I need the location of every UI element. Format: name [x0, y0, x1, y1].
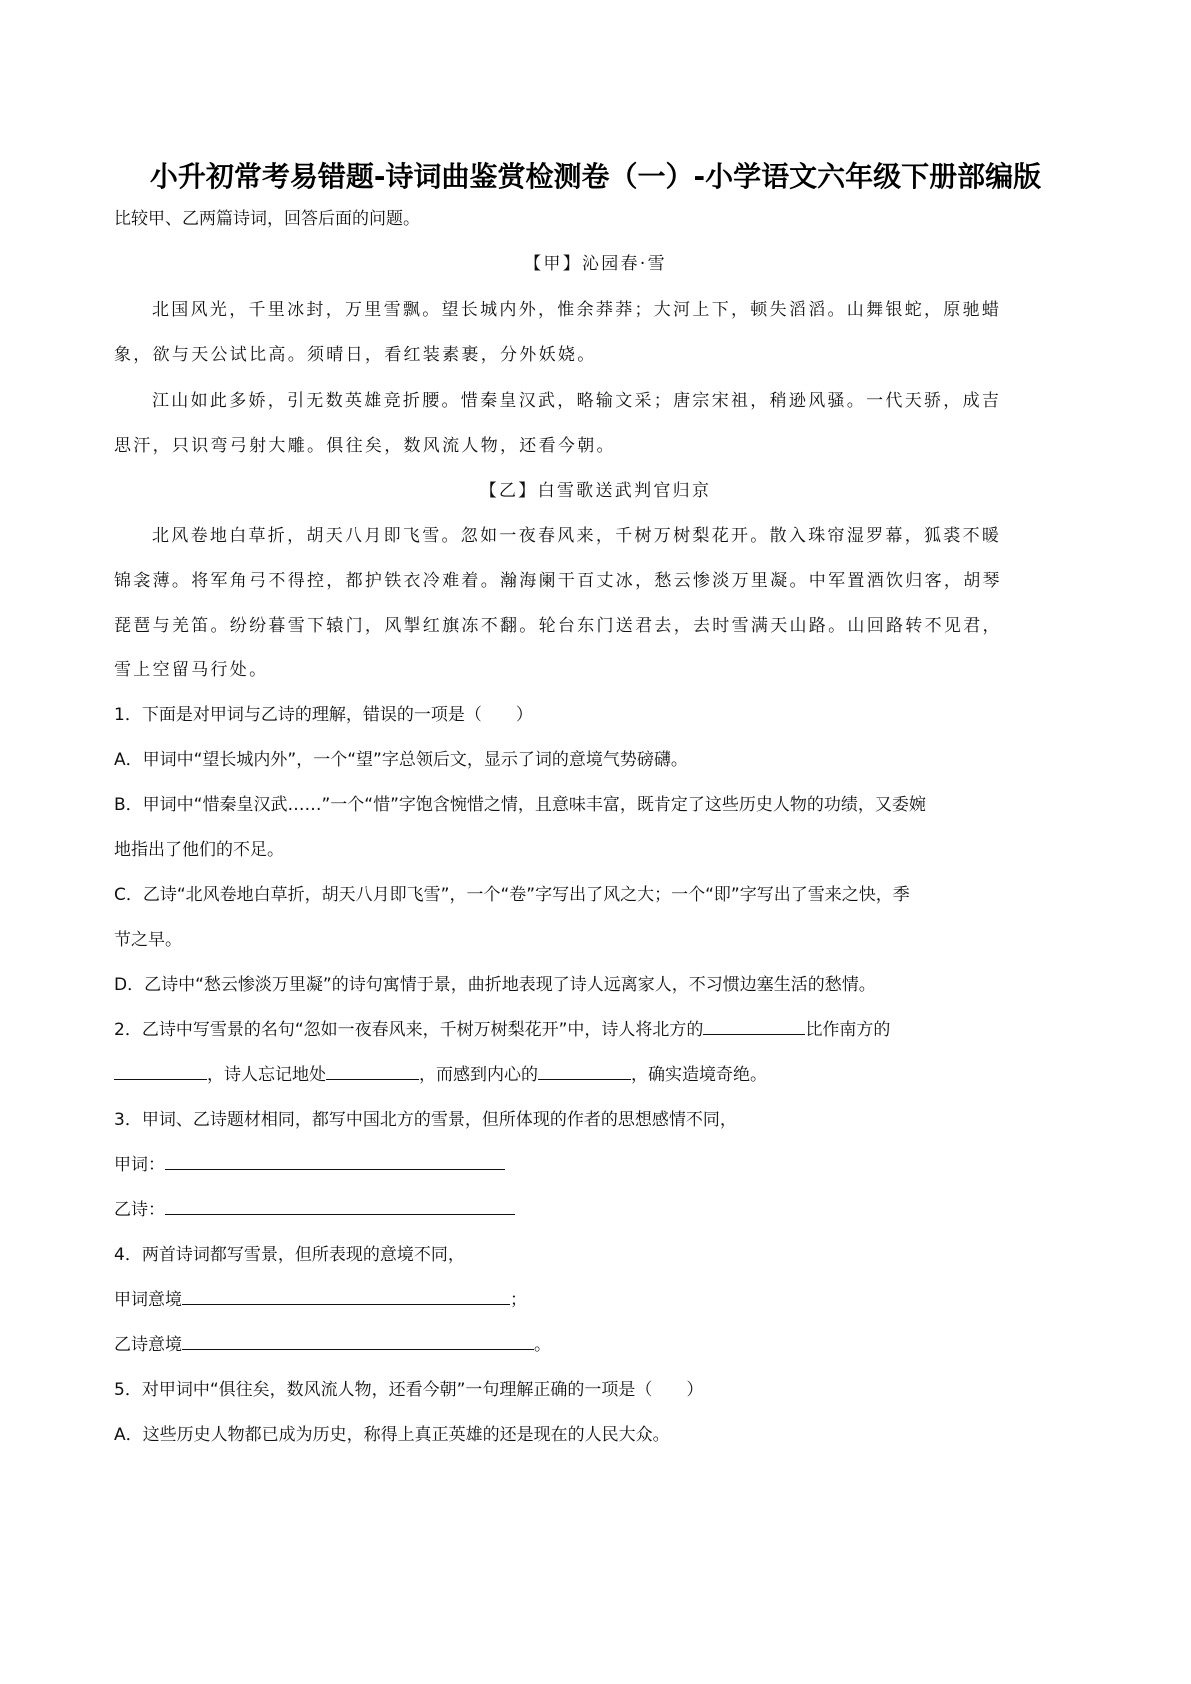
question-1-option-c-cont: 节之早。	[114, 925, 182, 950]
question-2-line2: ，诗人忘记地处，而感到内心的，确实造境奇绝。	[114, 1060, 767, 1085]
answer-label: 乙诗：	[114, 1200, 165, 1220]
question-1-stem: 1．下面是对甲词与乙诗的理解，错误的一项是（ ）	[114, 700, 533, 725]
question-4-answer-b: 乙诗意境。	[114, 1330, 551, 1355]
answer-blank-q4-b[interactable]	[182, 1331, 534, 1350]
intro-text: 比较甲、乙两篇诗词，回答后面的问题。	[114, 204, 420, 229]
question-3-stem: 3．甲词、乙诗题材相同，都写中国北方的雪景，但所体现的作者的思想感情不同，	[114, 1105, 737, 1130]
poem-b-line: 北风卷地白草折，胡天八月即飞雪。忽如一夜春风来，千树万树梨花开。散入珠帘湿罗幕，…	[152, 521, 1001, 546]
poem-a-line: 北国风光，千里冰封，万里雪飘。望长城内外，惟余莽莽；大河上下，顿失滔滔。山舞银蛇…	[152, 295, 1001, 320]
poem-b-line: 琵琶与羌笛。纷纷暮雪下辕门，风掣红旗冻不翻。轮台东门送君去，去时雪满天山路。山回…	[114, 611, 1002, 636]
question-2-text: ，确实造境奇绝。	[631, 1065, 767, 1085]
question-5-option-a: A．这些历史人物都已成为历史，称得上真正英雄的还是现在的人民大众。	[114, 1420, 670, 1445]
poem-b-line: 锦衾薄。将军角弓不得控，都护铁衣冷难着。瀚海阑干百丈冰，愁云惨淡万里凝。中军置酒…	[114, 566, 1002, 591]
answer-blank-4[interactable]	[538, 1061, 631, 1080]
question-1-option-b: B．甲词中“惜秦皇汉武……”一个“惜”字饱含惋惜之情，且意味丰富，既肯定了这些历…	[114, 790, 926, 815]
poem-a-heading: 【甲】沁园春·雪	[0, 249, 1191, 274]
question-3-answer-a: 甲词：	[114, 1150, 505, 1175]
question-1-option-b-cont: 地指出了他们的不足。	[114, 835, 284, 860]
question-2-text: ，而感到内心的	[419, 1065, 538, 1085]
question-1-option-a: A．甲词中“望长城内外”，一个“望”字总领后文，显示了词的意境气势磅礴。	[114, 745, 688, 770]
answer-label: 甲词意境	[114, 1290, 182, 1310]
question-1-option-d: D．乙诗中“愁云惨淡万里凝”的诗句寓情于景，曲折地表现了诗人远离家人，不习惯边塞…	[114, 970, 876, 995]
question-5-stem: 5．对甲词中“俱往矣，数风流人物，还看今朝”一句理解正确的一项是（ ）	[114, 1375, 703, 1400]
poem-b-line: 雪上空留马行处。	[114, 655, 268, 680]
question-2-text: ，诗人忘记地处	[207, 1065, 326, 1085]
page-title: 小升初常考易错题-诗词曲鉴赏检测卷（一）-小学语文六年级下册部编版	[0, 155, 1191, 195]
question-4-answer-a: 甲词意境；	[114, 1285, 527, 1310]
poem-a-line: 思汗，只识弯弓射大雕。俱往矣，数风流人物，还看今朝。	[114, 431, 616, 456]
poem-a-line: 江山如此多娇，引无数英雄竞折腰。惜秦皇汉武，略输文采；唐宗宋祖，稍逊风骚。一代天…	[152, 386, 1001, 411]
punctuation: 。	[534, 1335, 551, 1355]
answer-blank-1[interactable]	[703, 1016, 805, 1035]
poem-a-line: 象，欲与天公试比高。须晴日，看红装素裹，分外妖娆。	[114, 340, 597, 365]
document-page: 小升初常考易错题-诗词曲鉴赏检测卷（一）-小学语文六年级下册部编版 比较甲、乙两…	[0, 0, 1191, 1684]
answer-blank-2[interactable]	[114, 1061, 207, 1080]
question-3-answer-b: 乙诗：	[114, 1195, 515, 1220]
answer-label: 乙诗意境	[114, 1335, 182, 1355]
answer-blank-3[interactable]	[326, 1061, 419, 1080]
question-2-line1: 2．乙诗中写雪景的名句“忽如一夜春风来，千树万树梨花开”中，诗人将北方的比作南方…	[114, 1015, 890, 1040]
answer-blank-q3-b[interactable]	[165, 1196, 515, 1215]
answer-blank-q4-a[interactable]	[182, 1286, 510, 1305]
question-1-option-c: C．乙诗“北风卷地白草折，胡天八月即飞雪”，一个“卷”字写出了风之大；一个“即”…	[114, 880, 910, 905]
punctuation: ；	[510, 1290, 527, 1310]
answer-blank-q3-a[interactable]	[165, 1151, 505, 1170]
answer-label: 甲词：	[114, 1155, 165, 1175]
question-2-text: 2．乙诗中写雪景的名句“忽如一夜春风来，千树万树梨花开”中，诗人将北方的	[114, 1020, 703, 1040]
question-4-stem: 4．两首诗词都写雪景，但所表现的意境不同，	[114, 1240, 465, 1265]
poem-b-heading: 【乙】白雪歌送武判官归京	[0, 476, 1191, 501]
question-2-text: 比作南方的	[805, 1020, 890, 1040]
